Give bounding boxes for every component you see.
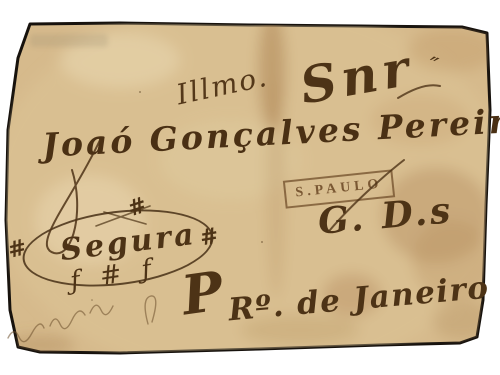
valediction-gds: G. D.s	[317, 192, 455, 240]
faint-watermark	[30, 34, 108, 47]
hash-mark-right: #	[198, 225, 220, 250]
destination-initial: P	[178, 263, 226, 322]
photo-of-letter-cover: Illmo. Snr ″ Joaó Gonçalves Pereira S.PA…	[0, 0, 500, 375]
